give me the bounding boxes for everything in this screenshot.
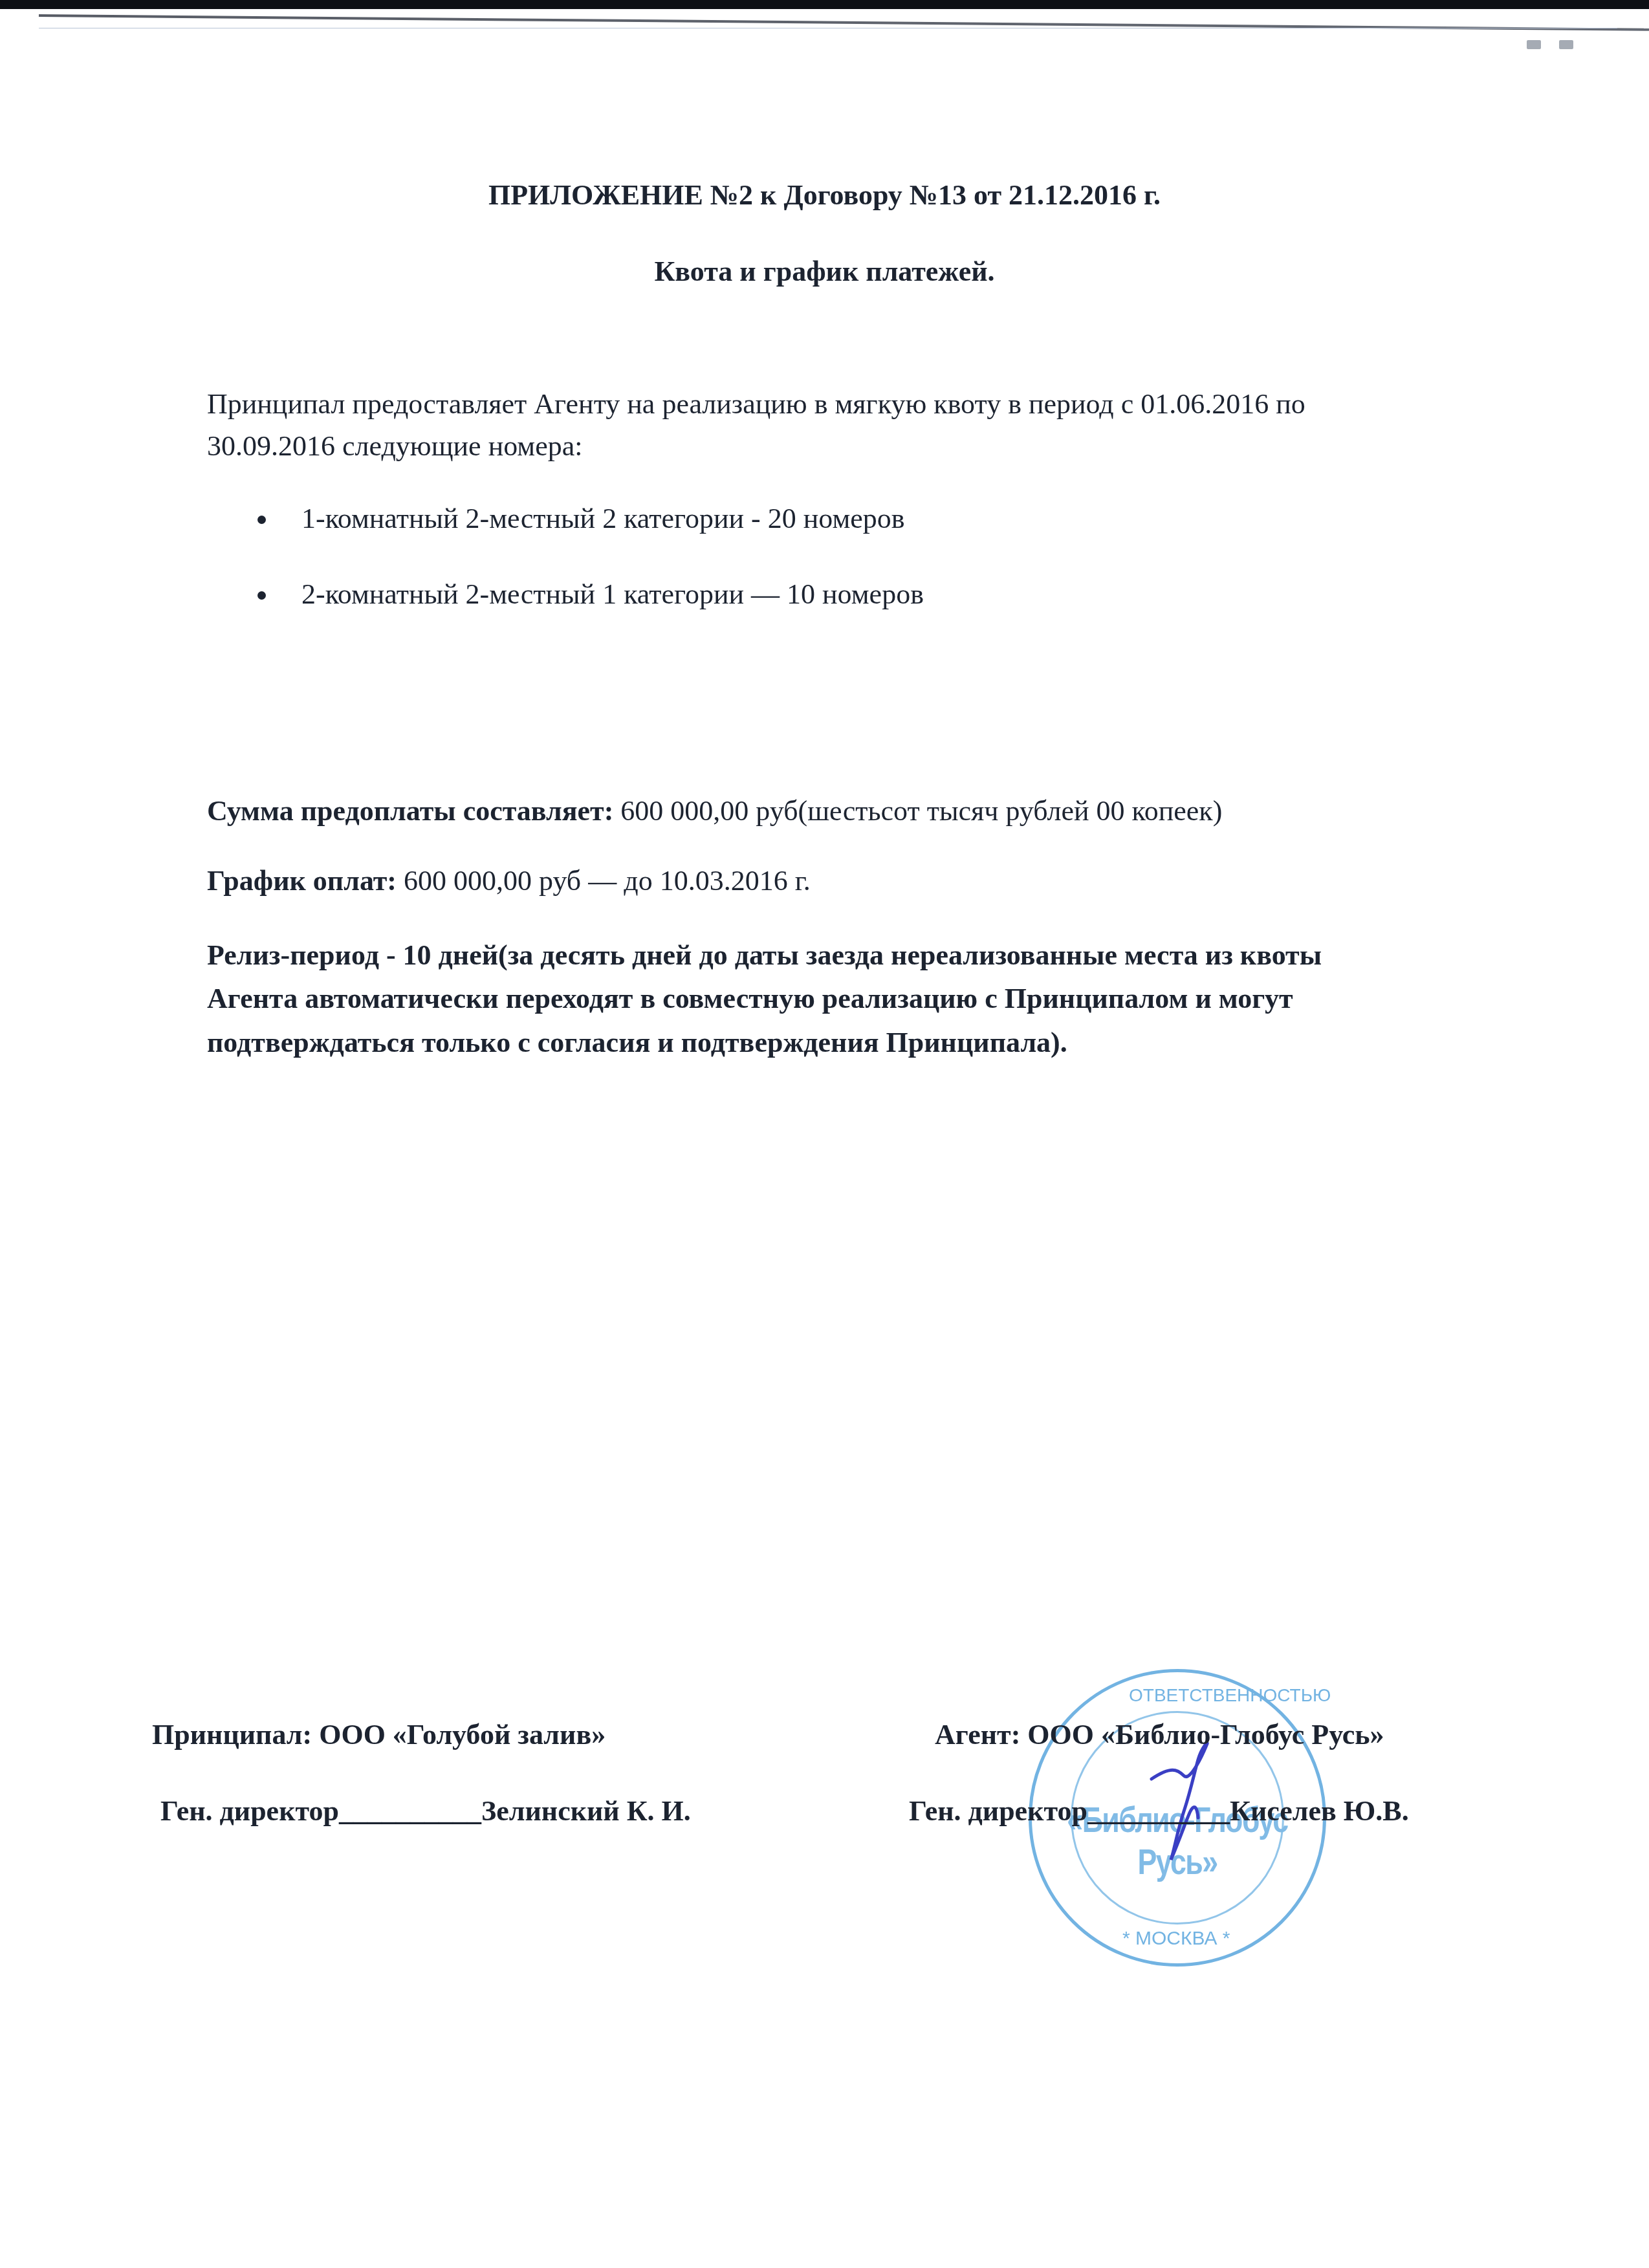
prepayment-label: Сумма предоплаты составляет: — [207, 795, 613, 827]
prepayment-value: 600 000,00 руб(шестьсот тысяч рублей 00 … — [613, 795, 1222, 827]
agent-director-line: Ген. директор__________Киселев Ю.В. — [909, 1797, 1409, 1826]
schedule-line: График оплат: 600 000,00 руб — до 10.03.… — [207, 867, 811, 895]
release-period-line-2: Агента автоматически переходят в совмест… — [207, 985, 1293, 1013]
release-period-line-1: Релиз-период - 10 дней(за десять дней до… — [207, 941, 1322, 970]
prepayment-line: Сумма предоплаты составляет: 600 000,00 … — [207, 797, 1222, 825]
release-period-line-3: подтверждаться только с согласия и подтв… — [207, 1029, 1067, 1057]
intro-paragraph-line-1: Принципал предоставляет Агенту на реализ… — [207, 390, 1305, 419]
stamp-city-text: * МОСКВА * — [1122, 1928, 1230, 1950]
scan-top-edge — [0, 0, 1649, 9]
document-subtitle: Квота и график платежей. — [0, 257, 1649, 286]
staple-mark — [1559, 40, 1573, 49]
bullet-icon — [257, 591, 266, 600]
principal-party: Принципал: ООО «Голубой залив» — [152, 1721, 606, 1749]
schedule-value: 600 000,00 руб — до 10.03.2016 г. — [397, 865, 811, 897]
principal-director-line: Ген. директор__________Зелинский К. И. — [160, 1797, 691, 1826]
room-list-item: 1-комнатный 2-местный 2 категории - 20 н… — [301, 505, 905, 533]
schedule-label: График оплат: — [207, 865, 397, 897]
room-list-item: 2-комнатный 2-местный 1 категории — 10 н… — [301, 580, 924, 609]
bullet-icon — [257, 516, 266, 524]
staple-mark — [1527, 40, 1541, 49]
stamp-ring-text: ОТВЕТСТВЕННОСТЬЮ — [1129, 1685, 1331, 1706]
intro-paragraph-line-2: 30.09.2016 следующие номера: — [207, 432, 583, 461]
paper-fold-line — [39, 14, 1649, 31]
document-title: ПРИЛОЖЕНИЕ №2 к Договору №13 от 21.12.20… — [0, 181, 1649, 210]
paper-edge-line — [39, 28, 1617, 28]
agent-party: Агент: ООО «Библио-Глобус Русь» — [935, 1721, 1384, 1749]
